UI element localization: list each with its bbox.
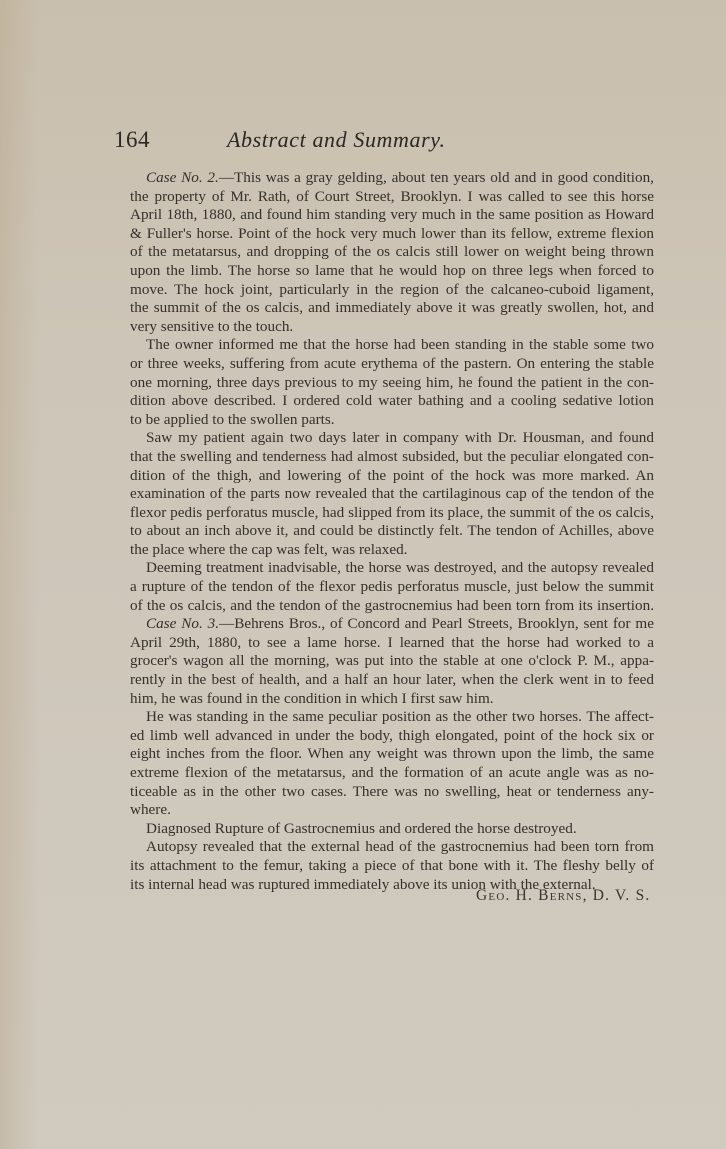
text-line: its attachment to the femur, taking a pi… [130, 857, 654, 876]
text-line: that the swelling and tenderness had alm… [130, 448, 654, 467]
text-line: or three weeks, suffering from acute ery… [130, 355, 654, 374]
text-line: grocer's wagon all the morning, was put … [130, 652, 654, 671]
text-line: The owner informed me that the horse had… [130, 336, 654, 355]
text-line: move. The hock joint, particularly in th… [130, 281, 654, 300]
text-line: to about an inch above it, and could be … [130, 522, 654, 541]
page-edge-shading [0, 0, 40, 1149]
text-line: the property of Mr. Rath, of Court Stree… [130, 188, 654, 207]
text-line: flexor pedis perforatus muscle, had slip… [130, 504, 654, 523]
text-line: dition above described. I ordered cold w… [130, 392, 654, 411]
text-line: & Fuller's horse. Point of the hock very… [130, 225, 654, 244]
text-line: very sensitive to the touch. [130, 318, 654, 337]
text-line: one morning, three days previous to my s… [130, 374, 654, 393]
paragraph-case-3-posture: He was standing in the same peculiar pos… [130, 708, 654, 820]
text-line: He was standing in the same peculiar pos… [130, 708, 654, 727]
line-text: —This was a gray gelding, about ten year… [219, 169, 654, 186]
text-line: Saw my patient again two days later in c… [130, 429, 654, 448]
text-line: Case No. 2.—This was a gray gelding, abo… [130, 169, 654, 188]
running-title: Abstract and Summary. [227, 127, 446, 153]
case-label: Case No. 3. [146, 615, 219, 632]
text-line: of the metatarsus, and dropping of the o… [130, 243, 654, 262]
case-label: Case No. 2. [146, 169, 219, 186]
page-number: 164 [114, 127, 150, 153]
text-line: a rupture of the tendon of the flexor pe… [130, 578, 654, 597]
author-signature: Geo. H. Berns, D. V. S. [476, 887, 650, 905]
body-text: Case No. 2.—This was a gray gelding, abo… [130, 169, 654, 894]
line-text: —Behrens Bros., of Concord and Pearl Str… [219, 615, 654, 632]
text-line: eight inches from the floor. When any we… [130, 745, 654, 764]
text-line: April 18th, 1880, and found him standing… [130, 206, 654, 225]
text-line: ticeable as in the other two cases. Ther… [130, 783, 654, 802]
text-line: examination of the parts now revealed th… [130, 485, 654, 504]
text-line: ed limb well advanced in under the body,… [130, 727, 654, 746]
text-line: extreme flexion of the metatarsus, and t… [130, 764, 654, 783]
text-line: the summit of the os calcis, and immedia… [130, 299, 654, 318]
paragraph-autopsy-case-3: Autopsy revealed that the external head … [130, 838, 654, 894]
paragraph-follow-up: Saw my patient again two days later in c… [130, 429, 654, 559]
text-line: the place where the cap was felt, was re… [130, 541, 654, 560]
text-line: to be applied to the swollen parts. [130, 411, 654, 430]
paragraph-diagnosis: Diagnosed Rupture of Gastrocnemius and o… [130, 820, 654, 839]
text-line: Deeming treatment inadvisable, the horse… [130, 559, 654, 578]
text-line: upon the limb. The horse so lame that he… [130, 262, 654, 281]
text-line: of the os calcis, and the tendon of the … [130, 597, 654, 616]
text-line: dition of the thigh, and lowering of the… [130, 467, 654, 486]
paragraph-case-3: Case No. 3.—Behrens Bros., of Concord an… [130, 615, 654, 708]
text-line: Case No. 3.—Behrens Bros., of Concord an… [130, 615, 654, 634]
text-line: Diagnosed Rupture of Gastrocnemius and o… [130, 820, 654, 839]
text-line: April 29th, 1880, to see a lame horse. I… [130, 634, 654, 653]
paragraph-owner-account: The owner informed me that the horse had… [130, 336, 654, 429]
paragraph-autopsy-case-2: Deeming treatment inadvisable, the horse… [130, 559, 654, 615]
text-line: him, he was found in the condition in wh… [130, 690, 654, 709]
paragraph-case-2: Case No. 2.—This was a gray gelding, abo… [130, 169, 654, 336]
text-line: rently in the best of health, and a half… [130, 671, 654, 690]
page-header: 164 Abstract and Summary. [112, 127, 657, 153]
text-line: Autopsy revealed that the external head … [130, 838, 654, 857]
text-line: where. [130, 801, 654, 820]
